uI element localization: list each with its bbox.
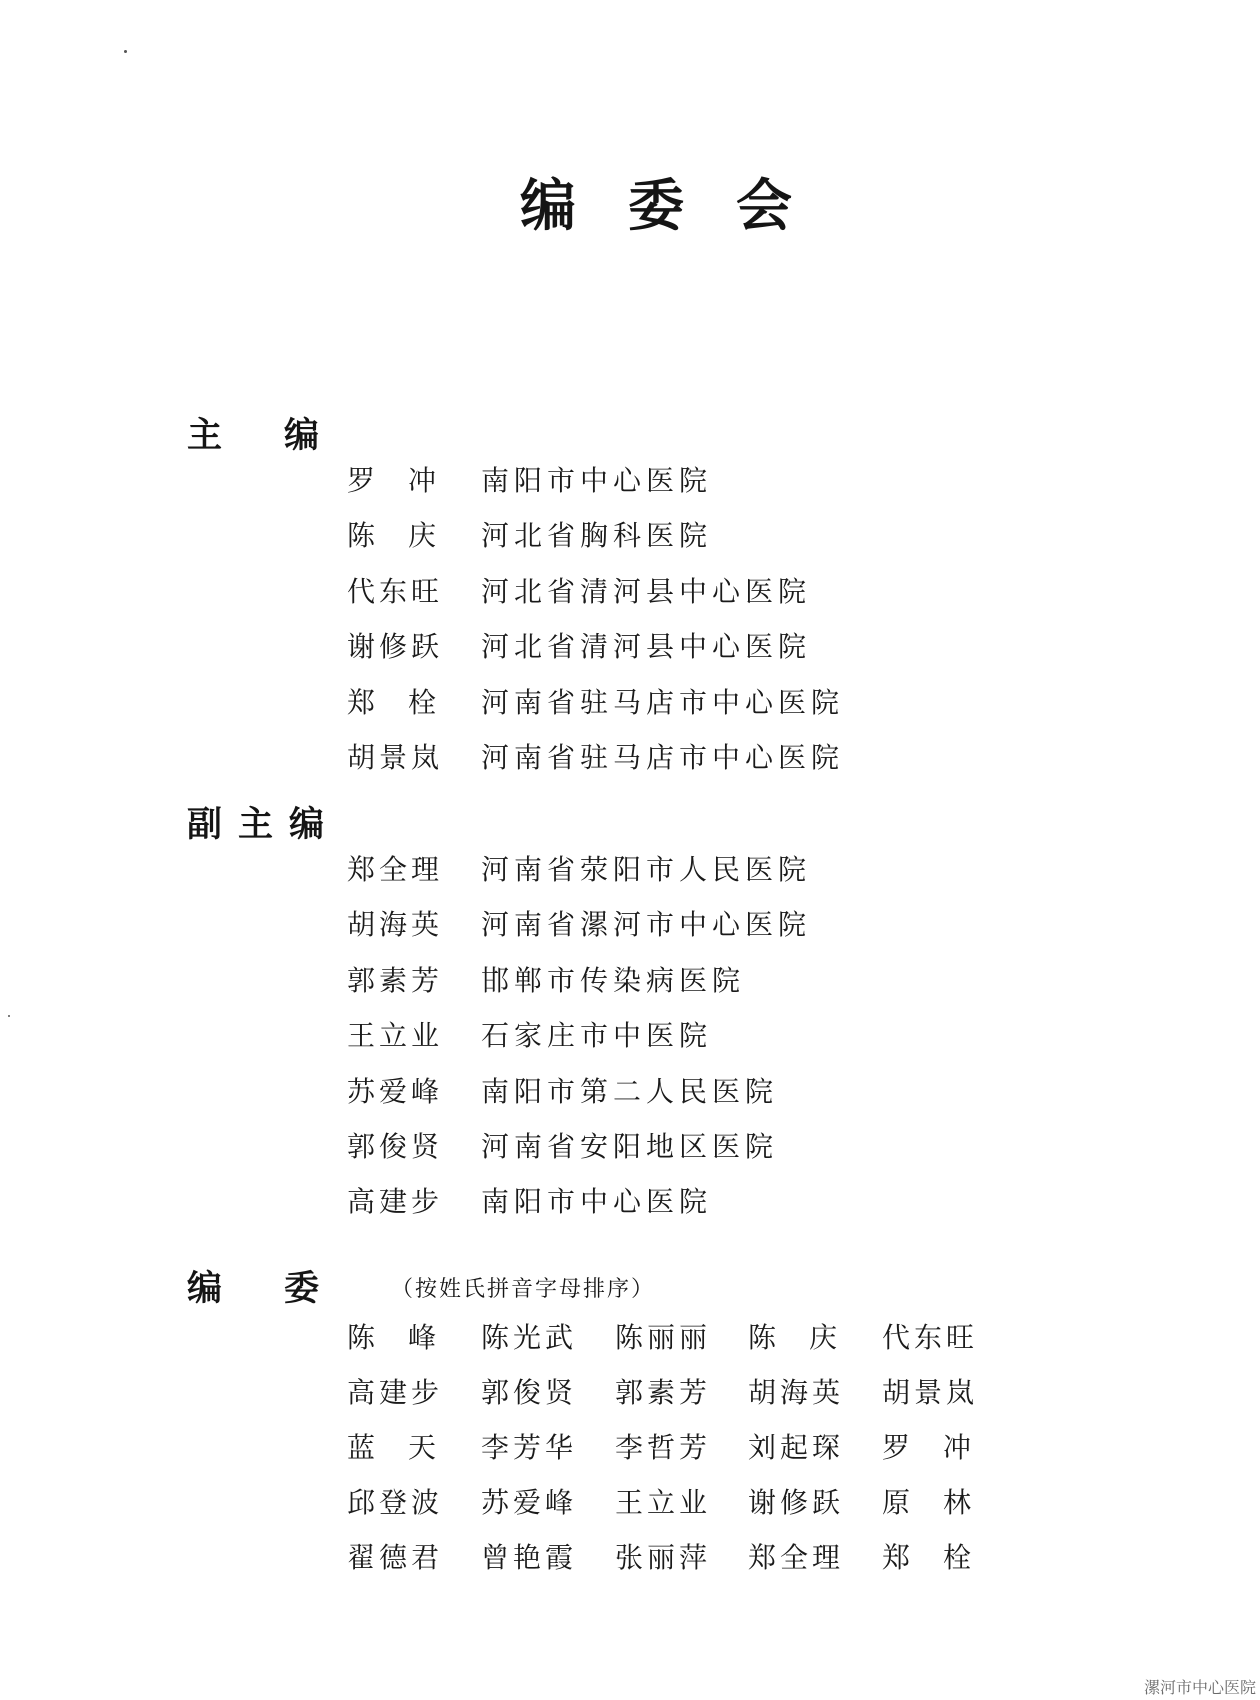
section-heading-text: 编委: [187, 1269, 381, 1309]
editor-name: 郑栓: [347, 681, 457, 721]
editor-name: 郭俊贤: [347, 1125, 457, 1165]
editor-affiliation: 石家庄市中医院: [481, 1014, 712, 1054]
section-heading-chief-editors: 主编: [187, 408, 381, 458]
editor-affiliation: 南阳市第二人民医院: [481, 1070, 778, 1110]
editor-affiliation: 河北省清河县中心医院: [481, 625, 811, 665]
watermark: 漯河市中心医院: [1144, 1675, 1256, 1698]
editor-affiliation: 河南省荥阳市人民医院: [481, 848, 811, 888]
board-member-name: 郭俊贤: [481, 1371, 601, 1411]
board-member-name: 罗冲: [882, 1426, 1002, 1466]
page-title: 编委会: [0, 162, 1260, 242]
board-member-name: 邱登波: [347, 1481, 467, 1521]
editor-name: 胡海英: [347, 903, 457, 943]
sort-order-note: （按姓氏拼音字母排序）: [391, 1277, 655, 1302]
board-member-name: 郑全理: [748, 1536, 868, 1576]
editor-name: 陈庆: [347, 514, 457, 554]
section-heading-deputy-editors: 副主编: [187, 797, 340, 847]
editor-affiliation: 南阳市中心医院: [481, 1180, 712, 1220]
scan-speck: [8, 1015, 10, 1017]
board-member-name: 陈庆: [748, 1316, 868, 1356]
editor-name: 苏爱峰: [347, 1070, 457, 1110]
editor-affiliation: 南阳市中心医院: [481, 459, 712, 499]
board-member-name: 胡海英: [748, 1371, 868, 1411]
editor-name: 罗冲: [347, 459, 457, 499]
editor-name: 王立业: [347, 1014, 457, 1054]
section-heading-text: 副主编: [187, 805, 340, 845]
editor-affiliation: 河南省漯河市中心医院: [481, 903, 811, 943]
editor-name: 郭素芳: [347, 959, 457, 999]
board-member-name: 代东旺: [882, 1316, 1002, 1356]
editor-affiliation: 邯郸市传染病医院: [481, 959, 745, 999]
board-member-name: 李哲芳: [615, 1426, 735, 1466]
board-member-name: 陈丽丽: [615, 1316, 735, 1356]
board-member-name: 郑栓: [882, 1536, 1002, 1576]
board-member-name: 曾艳霞: [481, 1536, 601, 1576]
board-member-name: 陈峰: [347, 1316, 467, 1356]
board-member-name: 李芳华: [481, 1426, 601, 1466]
editor-name: 谢修跃: [347, 625, 457, 665]
scan-speck: [124, 50, 127, 53]
editor-name: 胡景岚: [347, 736, 457, 776]
section-heading-text: 主编: [187, 416, 381, 456]
editor-affiliation: 河南省安阳地区医院: [481, 1125, 778, 1165]
board-member-name: 刘起琛: [748, 1426, 868, 1466]
editor-name: 代东旺: [347, 570, 457, 610]
board-member-name: 胡景岚: [882, 1371, 1002, 1411]
section-heading-editorial-board: 编委（按姓氏拼音字母排序）: [187, 1261, 655, 1311]
editor-affiliation: 河南省驻马店市中心医院: [481, 736, 844, 776]
board-member-name: 张丽萍: [615, 1536, 735, 1576]
board-member-name: 蓝天: [347, 1426, 467, 1466]
board-member-name: 苏爱峰: [481, 1481, 601, 1521]
board-member-name: 谢修跃: [748, 1481, 868, 1521]
board-member-name: 高建步: [347, 1371, 467, 1411]
editor-name: 郑全理: [347, 848, 457, 888]
editor-affiliation: 河北省清河县中心医院: [481, 570, 811, 610]
board-member-name: 陈光武: [481, 1316, 601, 1356]
editor-affiliation: 河南省驻马店市中心医院: [481, 681, 844, 721]
board-member-name: 王立业: [615, 1481, 735, 1521]
editor-name: 高建步: [347, 1180, 457, 1220]
board-member-name: 郭素芳: [615, 1371, 735, 1411]
board-member-name: 翟德君: [347, 1536, 467, 1576]
board-member-name: 原林: [882, 1481, 1002, 1521]
editor-affiliation: 河北省胸科医院: [481, 514, 712, 554]
